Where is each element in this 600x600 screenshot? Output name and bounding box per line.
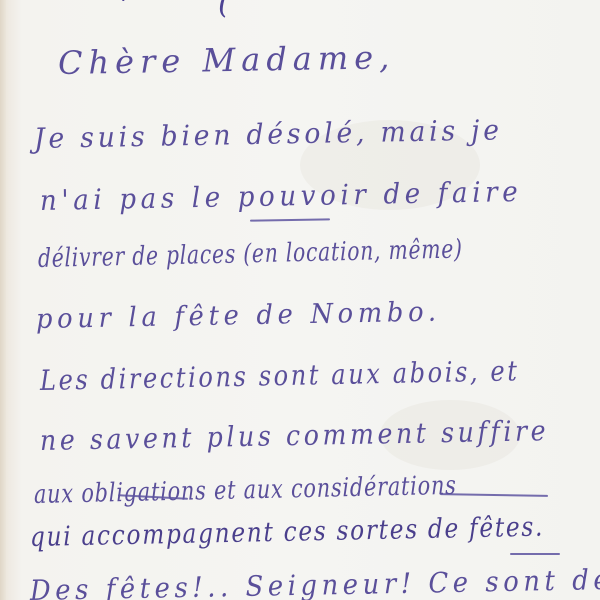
- paper-edge: [0, 0, 6, 600]
- letter-line-5: Les directions sont aux abois, et: [40, 354, 520, 397]
- letter-line-2: n'ai pas le pouvoir de faire: [40, 175, 523, 217]
- underline-pouvoir: [250, 218, 330, 221]
- underline-fetes: [510, 553, 560, 555]
- salutation: Chère Madame,: [58, 38, 396, 82]
- letter-line-3: délivrer de places (en location, même): [38, 234, 463, 274]
- ink-mark: ˇ: [118, 0, 126, 15]
- letter-line-7: aux obligations et aux considérations: [34, 471, 457, 510]
- top-fragment: (: [218, 0, 230, 21]
- letter-page: ˇ ( Chère Madame, Je suis bien désolé, m…: [0, 0, 600, 600]
- letter-line-4: pour la fête de Nombo.: [36, 297, 441, 335]
- letter-line-8: qui accompagnent ces sortes de fêtes.: [30, 512, 545, 553]
- letter-line-9: Des fêtes!.. Seigneur! Ce sont des: [30, 563, 600, 600]
